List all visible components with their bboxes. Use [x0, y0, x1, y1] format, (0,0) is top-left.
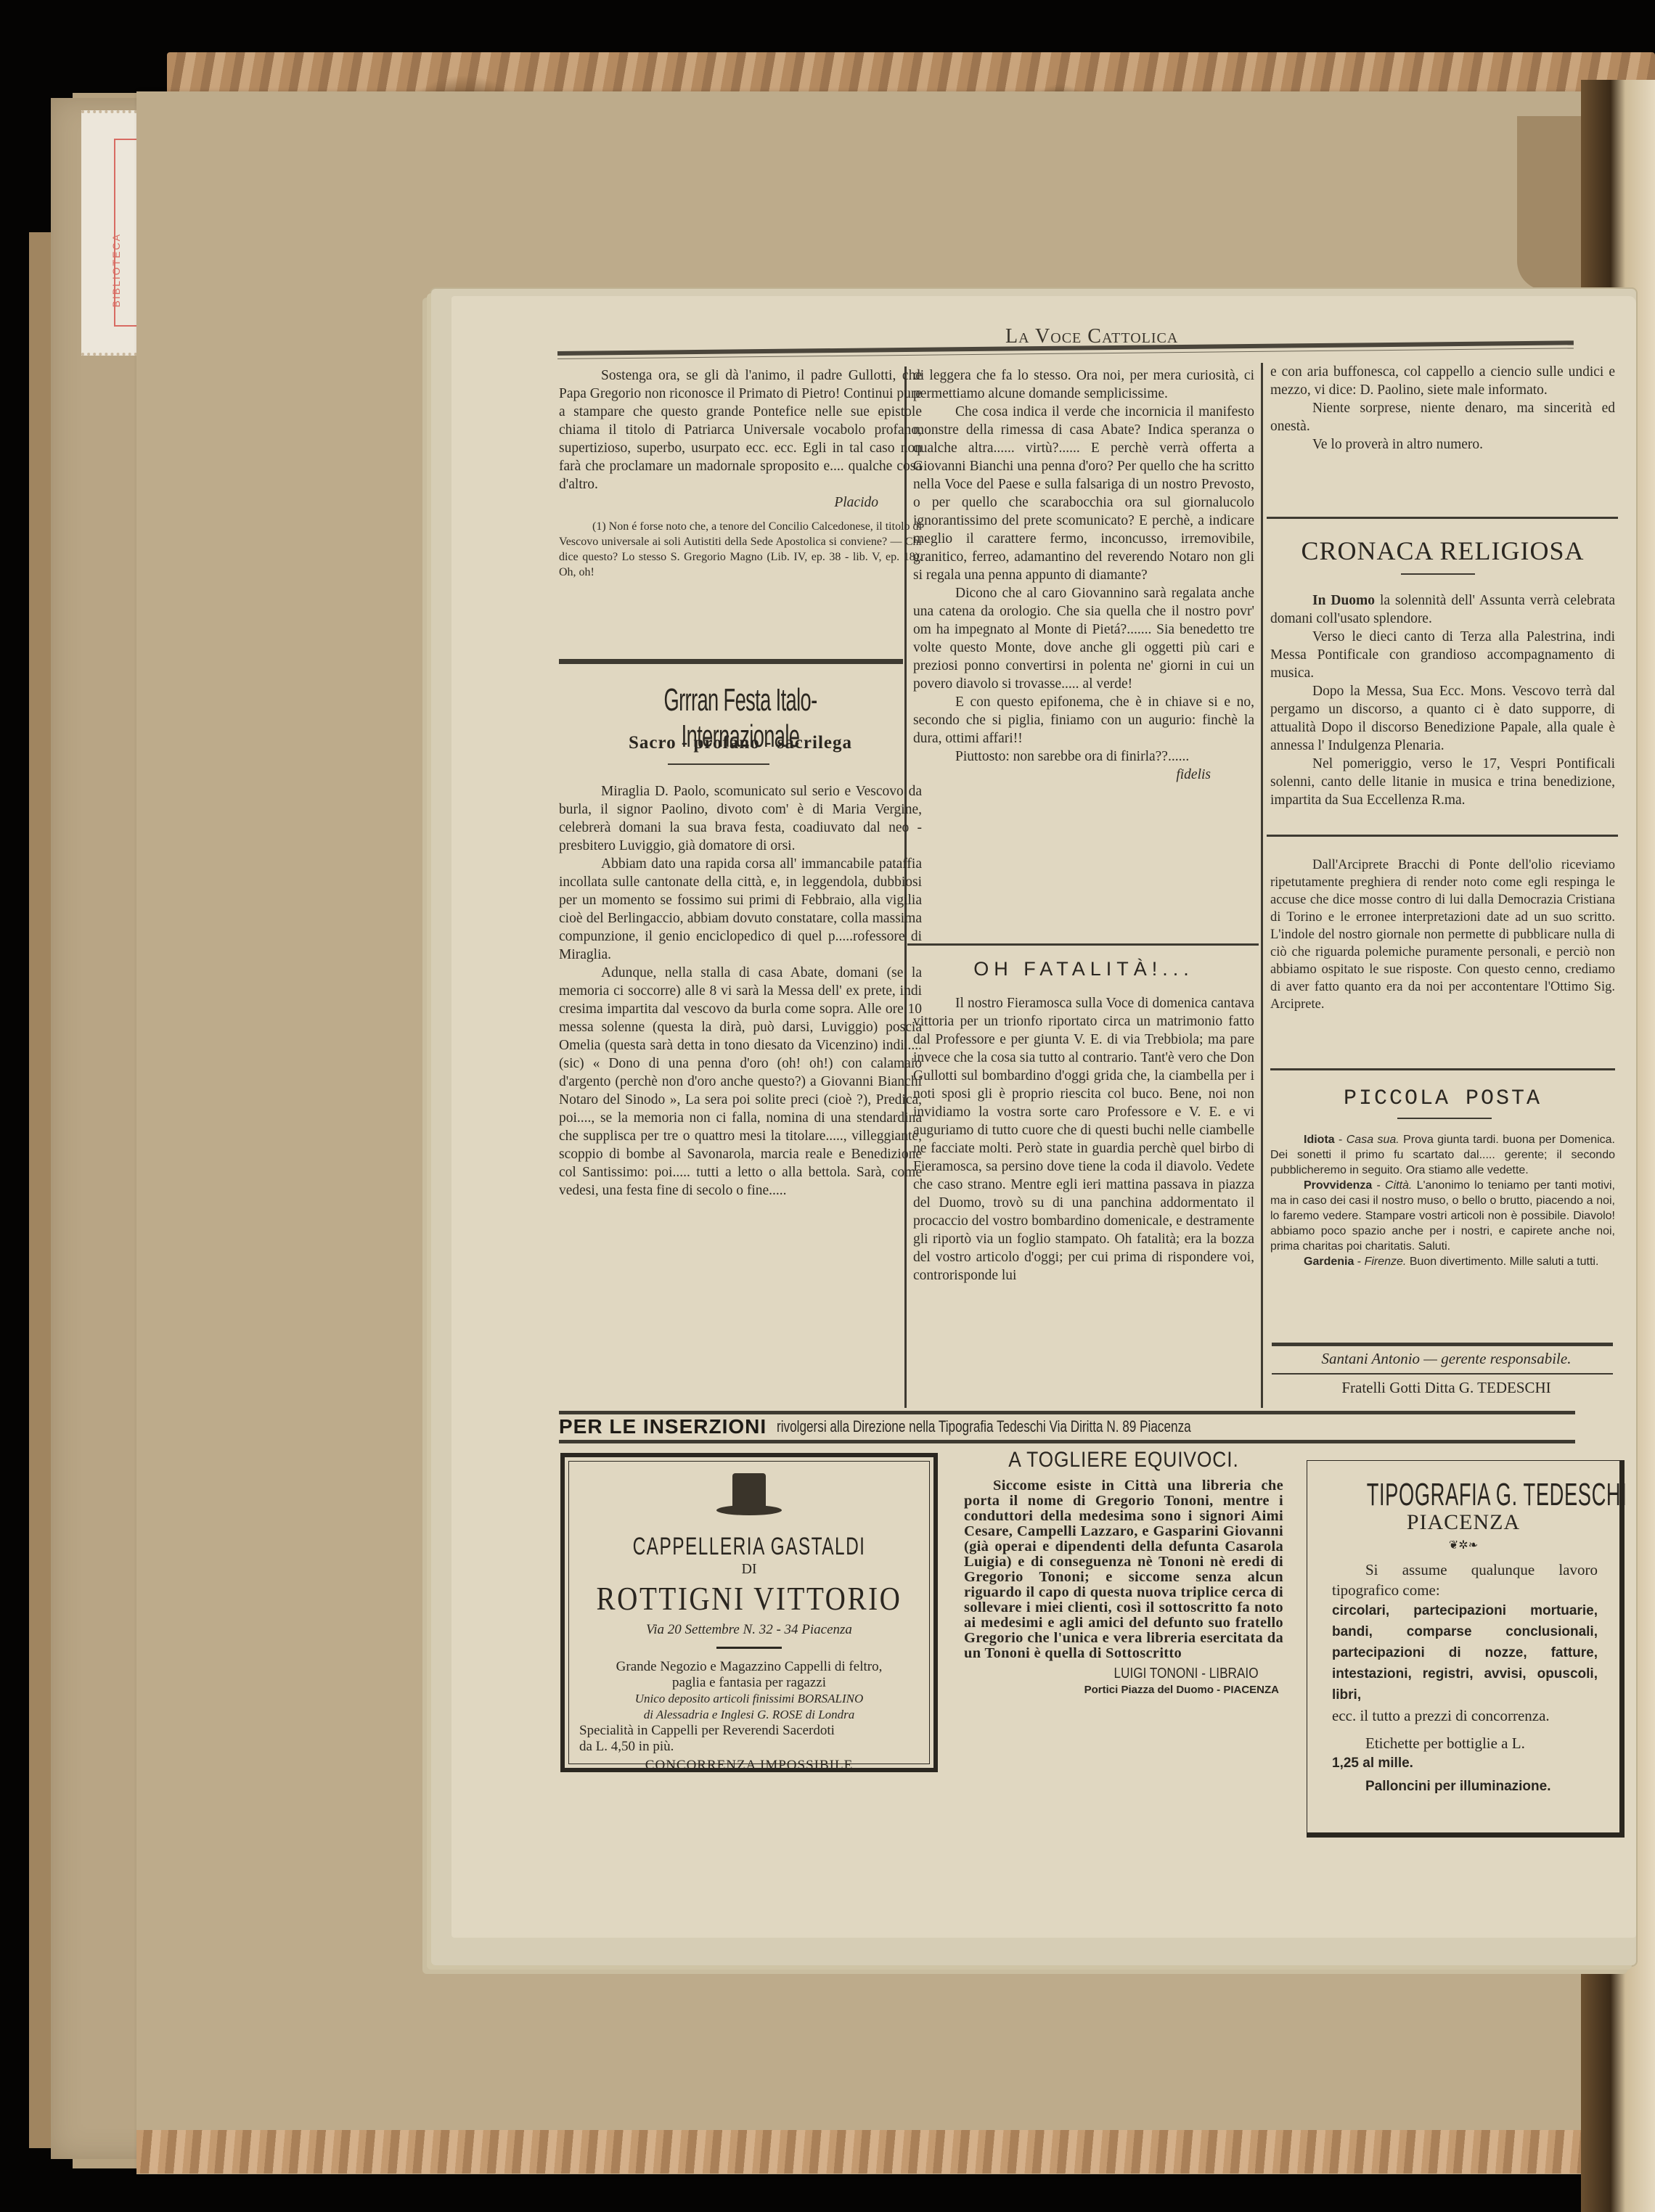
imprint-rule-thin: [1272, 1373, 1613, 1375]
ad-shop-name: CAPPELLERIA GASTALDI: [616, 1533, 882, 1561]
ad-line: paglia e fantasia per ragazzi: [565, 1675, 933, 1691]
posta-entry: Provvidenza - Città. L'anonimo lo teniam…: [1270, 1178, 1615, 1254]
article-paragraph: Sostenga ora, se gli dà l'animo, il padr…: [559, 366, 922, 493]
cronaca-paragraph: Dopo la Messa, Sua Ecc. Mons. Vescovo te…: [1270, 682, 1615, 755]
column-3-cont: e con aria buffonesca, col cappello a ci…: [1270, 363, 1615, 454]
title-rule: [1401, 573, 1475, 575]
ad-tononi-text: Siccome esiste in Città una libreria che…: [964, 1478, 1283, 1661]
posta-entry: Idiota - Casa sua. Prova giunta tardi. b…: [1270, 1132, 1615, 1178]
column-1-article-end: Sostenga ora, se gli dà l'animo, il padr…: [559, 366, 922, 580]
ad-tedeschi-city: PIACENZA: [1307, 1510, 1619, 1535]
posta-entry-name: Provvidenza: [1304, 1179, 1372, 1192]
posta-entry-name: Idiota: [1304, 1134, 1335, 1146]
ad-tononi-address: Portici Piazza del Duomo - PIACENZA: [964, 1684, 1283, 1696]
festa-paragraph: Miraglia D. Paolo, scomunicato sul serio…: [559, 782, 922, 855]
top-hat-icon: [716, 1473, 782, 1518]
section-rule: [907, 943, 1259, 946]
imprint-rule: [1272, 1343, 1613, 1346]
ad-line: Specialità in Cappelli per Reverendi Sac…: [565, 1723, 933, 1739]
gerente-responsabile: Santani Antonio — gerente responsabile.: [1278, 1350, 1615, 1368]
ad-di: DI: [565, 1561, 933, 1578]
marbled-bottom-edge: [136, 2130, 1581, 2174]
column-1-festa: Miraglia D. Paolo, scomunicato sul serio…: [559, 782, 922, 1200]
ad-tipografia-tedeschi: TIPOGRAFIA G. TEDESCHI PIACENZA ❦✲❧ Si a…: [1307, 1460, 1625, 1838]
ad-tononi: A TOGLIERE EQUIVOCI. Siccome esiste in C…: [964, 1448, 1283, 1696]
ad-line: da L. 4,50 in più.: [565, 1739, 933, 1755]
ad-cappelleria: CAPPELLERIA GASTALDI DI ROTTIGNI VITTORI…: [560, 1453, 938, 1772]
ad-tedeschi-name: TIPOGRAFIA G. TEDESCHI: [1367, 1477, 1561, 1513]
ad-line: di Alessadria e Inglesi G. ROSE di Londr…: [565, 1707, 933, 1723]
ad-tedeschi-intro: Si assume qualunque lavoro tipografico c…: [1332, 1560, 1598, 1600]
festa-paragraph: Abbiam dato una rapida corsa all' immanc…: [559, 855, 922, 964]
ad-tononi-signature: LUIGI TONONI - LIBRAIO: [1009, 1666, 1283, 1682]
footnote-text: (1) Non é forse noto che, a tenore del C…: [559, 519, 922, 580]
section-rule: [1267, 835, 1618, 837]
ad-tedeschi-list: circolari, partecipazioni mortuarie, ban…: [1332, 1600, 1598, 1705]
posta-entry-text: Buon divertimento. Mille saluti a tutti.: [1410, 1255, 1599, 1268]
festa-cont-paragraph: Dicono che al caro Giovannino sarà regal…: [913, 584, 1254, 693]
festa-cont-paragraph: di leggera che fa lo stesso. Ora noi, pe…: [913, 366, 1254, 403]
ad-cta: CONCORRENZA IMPOSSIBILE: [565, 1758, 933, 1774]
ad-tedeschi-lanterns: Palloncini per illuminazione.: [1332, 1777, 1598, 1797]
title-rule: [1397, 1118, 1492, 1119]
ad-tononi-body: Siccome esiste in Città una libreria che…: [964, 1478, 1283, 1661]
posta-entry-place: Firenze.: [1365, 1255, 1407, 1268]
inserzioni-bar: PER LE INSERZIONI rivolgersi alla Direzi…: [559, 1415, 1575, 1438]
festa-paragraph: Adunque, nella stalla di casa Abate, dom…: [559, 964, 922, 1200]
signature-fidelis: fidelis: [913, 766, 1254, 784]
inserzioni-rule-bottom: [559, 1440, 1575, 1443]
posta-entry-place: Città.: [1385, 1179, 1412, 1192]
section-rule: [559, 659, 903, 664]
section-rule: [1267, 517, 1618, 519]
inserzioni-lead: PER LE INSERZIONI: [559, 1415, 767, 1438]
ad-tedeschi-labels-price: 1,25 al mille.: [1332, 1753, 1598, 1774]
cont-paragraph: Ve lo proverà in altro numero.: [1270, 435, 1615, 454]
ad-rule: [716, 1647, 782, 1649]
piccola-posta-title: PICCOLA POSTA: [1270, 1086, 1615, 1111]
cronaca-lead: In Duomo: [1312, 593, 1375, 608]
posta-entry-place: Casa sua.: [1347, 1134, 1399, 1146]
column-2-fatalita: Il nostro Fieramosca sulla Voce di domen…: [913, 994, 1254, 1285]
cont-paragraph: e con aria buffonesca, col cappello a ci…: [1270, 363, 1615, 399]
ad-line: Grande Negozio e Magazzino Cappelli di f…: [565, 1659, 933, 1675]
festa-subtitle: Sacro - profano - sacrilega: [559, 733, 922, 753]
ad-tedeschi-labels: Etichette per bottiglie a L.: [1332, 1733, 1598, 1753]
festa-cont-paragraph: E con questo epifonema, che è in chiave …: [913, 693, 1254, 747]
posta-entry: Gardenia - Firenze. Buon divertimento. M…: [1270, 1254, 1615, 1269]
ad-line: Unico deposito articoli finissimi BORSAL…: [565, 1691, 933, 1707]
ad-owner: ROTTIGNI VITTORIO: [592, 1579, 906, 1618]
column-3-piccola-posta: Idiota - Casa sua. Prova giunta tardi. b…: [1270, 1132, 1615, 1269]
column-3-arciprete: Dall'Arciprete Bracchi di Ponte dell'oli…: [1270, 856, 1615, 1013]
column-2-festa-cont: di leggera che fa lo stesso. Ora noi, pe…: [913, 366, 1254, 784]
column-3-cronaca: In Duomo la solennità dell' Assunta verr…: [1270, 591, 1615, 809]
ad-tedeschi-list-tail: ecc. il tutto a prezzi di concorrenza.: [1332, 1705, 1598, 1726]
ornament-icon: ❦✲❧: [1307, 1538, 1619, 1552]
ad-tedeschi-body: Si assume qualunque lavoro tipografico c…: [1307, 1552, 1619, 1797]
festa-cont-paragraph: Che cosa indica il verde che incornicia …: [913, 403, 1254, 584]
ad-tononi-title: A TOGLIERE EQUIVOCI.: [983, 1448, 1264, 1472]
printer-imprint: Fratelli Gotti Ditta G. TEDESCHI: [1278, 1379, 1615, 1397]
inserzioni-text: rivolgersi alla Direzione nella Tipograf…: [777, 1417, 1191, 1436]
signature-placido: Placido: [559, 493, 922, 512]
section-rule: [1270, 1068, 1615, 1070]
title-ornament-rule: [668, 763, 769, 765]
footnote: (1) Non é forse noto che, a tenore del C…: [559, 519, 922, 580]
cronaca-paragraph: Nel pomeriggio, verso le 17, Vespri Pont…: [1270, 755, 1615, 809]
label-stamp-text: BIBLIOTECA: [110, 233, 122, 307]
festa-cont-paragraph: Piuttosto: non sarebbe ora di finirla??.…: [913, 747, 1254, 766]
inserzioni-rule-top: [559, 1411, 1575, 1414]
posta-entry-name: Gardenia: [1304, 1255, 1354, 1268]
library-label: BIBLIOTECA: [81, 110, 143, 356]
fatalita-title: OH FATALITÀ!...: [913, 958, 1254, 980]
fatalita-paragraph: Il nostro Fieramosca sulla Voce di domen…: [913, 994, 1254, 1285]
torn-corner: [1517, 116, 1582, 290]
cont-paragraph: Niente sorprese, niente denaro, ma since…: [1270, 399, 1615, 435]
ad-address: Via 20 Settembre N. 32 - 34 Piacenza: [565, 1622, 933, 1638]
cronaca-paragraph: Verso le dieci canto di Terza alla Pales…: [1270, 628, 1615, 682]
arciprete-paragraph: Dall'Arciprete Bracchi di Ponte dell'oli…: [1270, 856, 1615, 1013]
cronaca-title: CRONACA RELIGIOSA: [1270, 536, 1615, 566]
column-divider-2: [1261, 363, 1263, 1408]
